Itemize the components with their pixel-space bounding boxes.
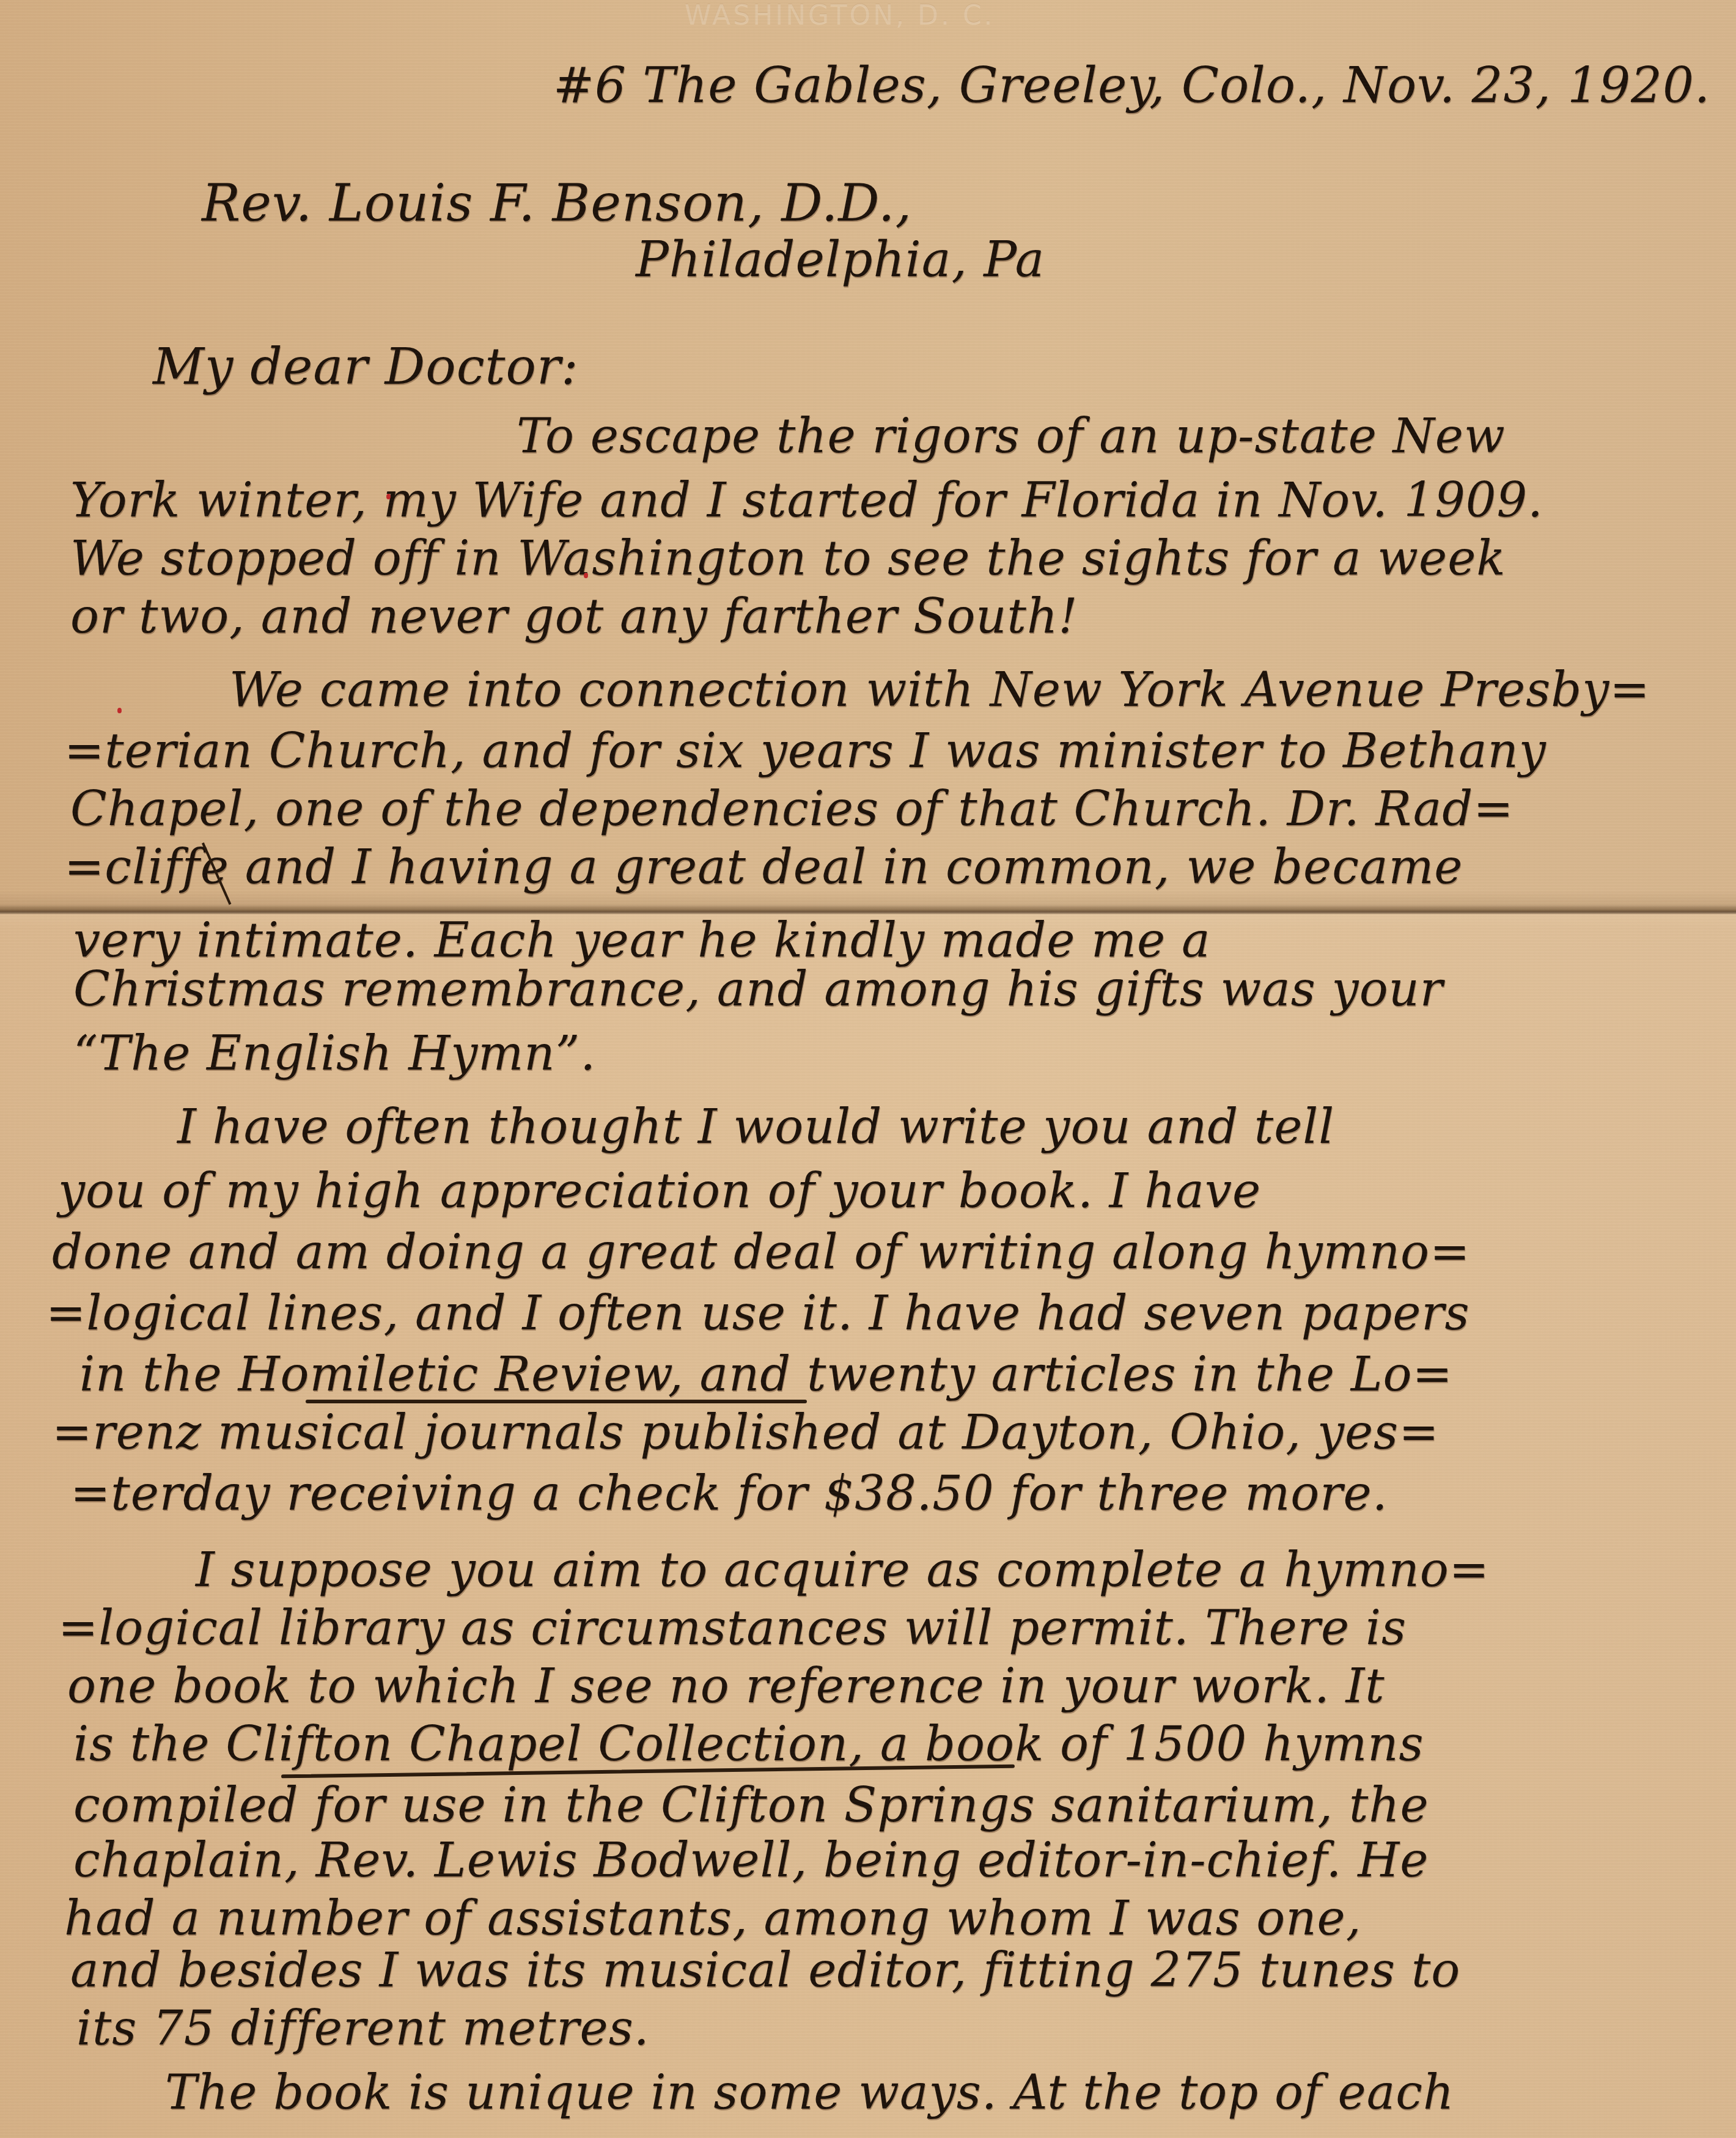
body-line-5: We came into connection with New York Av… <box>229 666 1650 714</box>
body-line-3: We stopped off in Washington to see the … <box>70 535 1506 582</box>
letter-page: WASHINGTON, D. C. #6 The Gables, Greeley… <box>0 0 1736 2138</box>
body-line-19: I suppose you aim to acquire as complete… <box>196 1546 1490 1594</box>
body-line-16-text: in the Homiletic Review, and twenty arti… <box>79 1347 1453 1402</box>
body-line-25: had a number of assistants, among whom I… <box>64 1895 1362 1942</box>
body-line-10: Christmas remembrance, and among his gif… <box>73 966 1443 1013</box>
dateline: #6 The Gables, Greeley, Colo., Nov. 23, … <box>553 61 1710 110</box>
embossed-letterhead: WASHINGTON, D. C. <box>685 0 995 31</box>
body-line-15: =logical lines, and I often use it. I ha… <box>46 1290 1470 1337</box>
body-line-18: =terday receiving a check for $38.50 for… <box>70 1470 1388 1518</box>
addressee-city: Philadelphia, Pa <box>636 235 1045 284</box>
body-line-22: is the Clifton Chapel Collection, a book… <box>73 1721 1424 1768</box>
body-line-8: =cliffe and I having a great deal in com… <box>64 843 1463 891</box>
body-line-6: =terian Church, and for six years I was … <box>64 727 1547 775</box>
body-line-27: its 75 different metres. <box>76 2005 650 2052</box>
body-line-14: done and am doing a great deal of writin… <box>52 1229 1470 1276</box>
body-line-16: in the Homiletic Review, and twenty arti… <box>79 1351 1453 1398</box>
red-ink-dot <box>584 573 588 578</box>
body-line-11: “The English Hymn”. <box>73 1030 596 1078</box>
red-ink-dot <box>386 494 391 499</box>
body-line-23: compiled for use in the Clifton Springs … <box>73 1782 1429 1829</box>
body-line-20: =logical library as circumstances will p… <box>58 1604 1407 1652</box>
body-line-17: =renz musical journals published at Dayt… <box>52 1409 1440 1457</box>
body-line-9: very intimate. Each year he kindly made … <box>73 917 1211 964</box>
addressee-name: Rev. Louis F. Benson, D.D., <box>202 177 912 229</box>
body-line-4: or two, and never got any farther South! <box>70 593 1078 641</box>
body-line-26: and besides I was its musical editor, fi… <box>70 1947 1460 1994</box>
body-line-12: I have often thought I would write you a… <box>177 1103 1334 1151</box>
body-line-28: The book is unique in some ways. At the … <box>165 2069 1454 2117</box>
red-ink-dot <box>117 708 122 713</box>
body-line-1: To escape the rigors of an up-state New <box>517 413 1506 460</box>
body-line-24: chaplain, Rev. Lewis Bodwell, being edit… <box>73 1837 1429 1884</box>
body-line-13: you of my high appreciation of your book… <box>58 1167 1261 1215</box>
body-line-7: Chapel, one of the dependencies of that … <box>70 785 1514 833</box>
salutation: My dear Doctor: <box>153 342 579 392</box>
body-line-2: York winter, my Wife and I started for F… <box>70 477 1543 524</box>
body-line-21: one book to which I see no reference in … <box>67 1662 1385 1710</box>
